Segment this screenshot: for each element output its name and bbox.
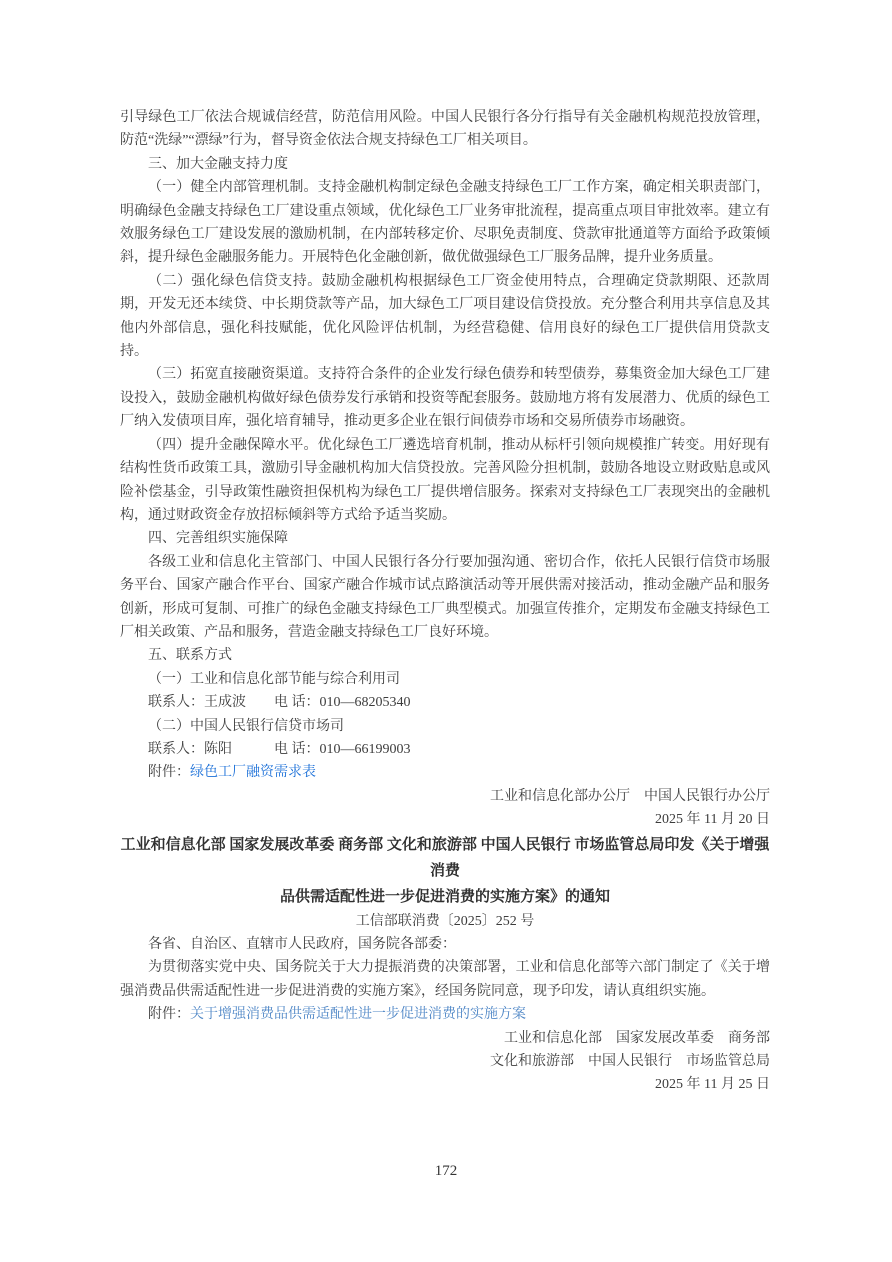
doc1-attachment-label: 附件：	[148, 765, 190, 780]
doc1-contact2-department: （二）中国人民银行信贷市场司	[120, 715, 770, 738]
doc1-signature: 工业和信息化部办公厅 中国人民银行办公厅	[120, 785, 770, 808]
doc2-attachment-line: 附件：关于增强消费品供需适配性进一步促进消费的实施方案	[120, 1003, 770, 1026]
doc1-date: 2025 年 11 月 20 日	[120, 808, 770, 831]
doc2-section: 工业和信息化部 国家发展改革委 商务部 文化和旅游部 中国人民银行 市场监管总局…	[120, 832, 770, 1097]
doc1-section5-heading: 五、联系方式	[120, 644, 770, 667]
doc2-attachment-label: 附件：	[148, 1007, 190, 1022]
doc2-attachment-link[interactable]: 关于增强消费品供需适配性进一步促进消费的实施方案	[190, 1007, 526, 1022]
doc2-document-number: 工信部联消费〔2025〕252 号	[120, 910, 770, 933]
doc1-section3-item1: （一）健全内部管理机制。支持金融机构制定绿色金融支持绿色工厂工作方案，确定相关职…	[120, 176, 770, 270]
doc1-continuation-paragraph: 引导绿色工厂依法合规诚信经营，防范信用风险。中国人民银行各分行指导有关金融机构规…	[120, 106, 770, 153]
doc1-section3-item2: （二）强化绿色信贷支持。鼓励金融机构根据绿色工厂资金使用特点，合理确定贷款期限、…	[120, 270, 770, 364]
doc2-date: 2025 年 11 月 25 日	[120, 1073, 770, 1096]
page-number: 172	[0, 1163, 892, 1180]
doc1-section: 引导绿色工厂依法合规诚信经营，防范信用风险。中国人民银行各分行指导有关金融机构规…	[120, 106, 770, 832]
doc1-contact1-info: 联系人：王成波 电 话：010—68205340	[120, 691, 770, 714]
doc2-signature-line2: 文化和旅游部 中国人民银行 市场监管总局	[120, 1050, 770, 1073]
document-page: 引导绿色工厂依法合规诚信经营，防范信用风险。中国人民银行各分行指导有关金融机构规…	[0, 0, 892, 1262]
doc2-title-line2: 品供需适配性进一步促进消费的实施方案》的通知	[120, 884, 770, 910]
doc1-section3-heading: 三、加大金融支持力度	[120, 153, 770, 176]
doc1-section3-item3: （三）拓宽直接融资渠道。支持符合条件的企业发行绿色债券和转型债券，募集资金加大绿…	[120, 363, 770, 433]
page-content: 引导绿色工厂依法合规诚信经营，防范信用风险。中国人民银行各分行指导有关金融机构规…	[120, 106, 770, 1097]
doc1-attachment-line: 附件：绿色工厂融资需求表	[120, 761, 770, 784]
doc2-salutation: 各省、自治区、直辖市人民政府，国务院各部委：	[120, 933, 770, 956]
doc1-attachment-link[interactable]: 绿色工厂融资需求表	[190, 765, 316, 780]
doc1-section4-heading: 四、完善组织实施保障	[120, 527, 770, 550]
doc2-body-paragraph: 为贯彻落实党中央、国务院关于大力提振消费的决策部署，工业和信息化部等六部门制定了…	[120, 956, 770, 1003]
doc1-contact2-info: 联系人：陈阳 电 话：010—66199003	[120, 738, 770, 761]
doc2-title-line1: 工业和信息化部 国家发展改革委 商务部 文化和旅游部 中国人民银行 市场监管总局…	[120, 832, 770, 884]
doc1-section3-item4: （四）提升金融保障水平。优化绿色工厂遴选培育机制，推动从标杆引领向规模推广转变。…	[120, 434, 770, 528]
doc1-contact1-department: （一）工业和信息化部节能与综合利用司	[120, 668, 770, 691]
doc1-section4-paragraph: 各级工业和信息化主管部门、中国人民银行各分行要加强沟通、密切合作，依托人民银行信…	[120, 551, 770, 645]
doc2-signature-line1: 工业和信息化部 国家发展改革委 商务部	[120, 1027, 770, 1050]
